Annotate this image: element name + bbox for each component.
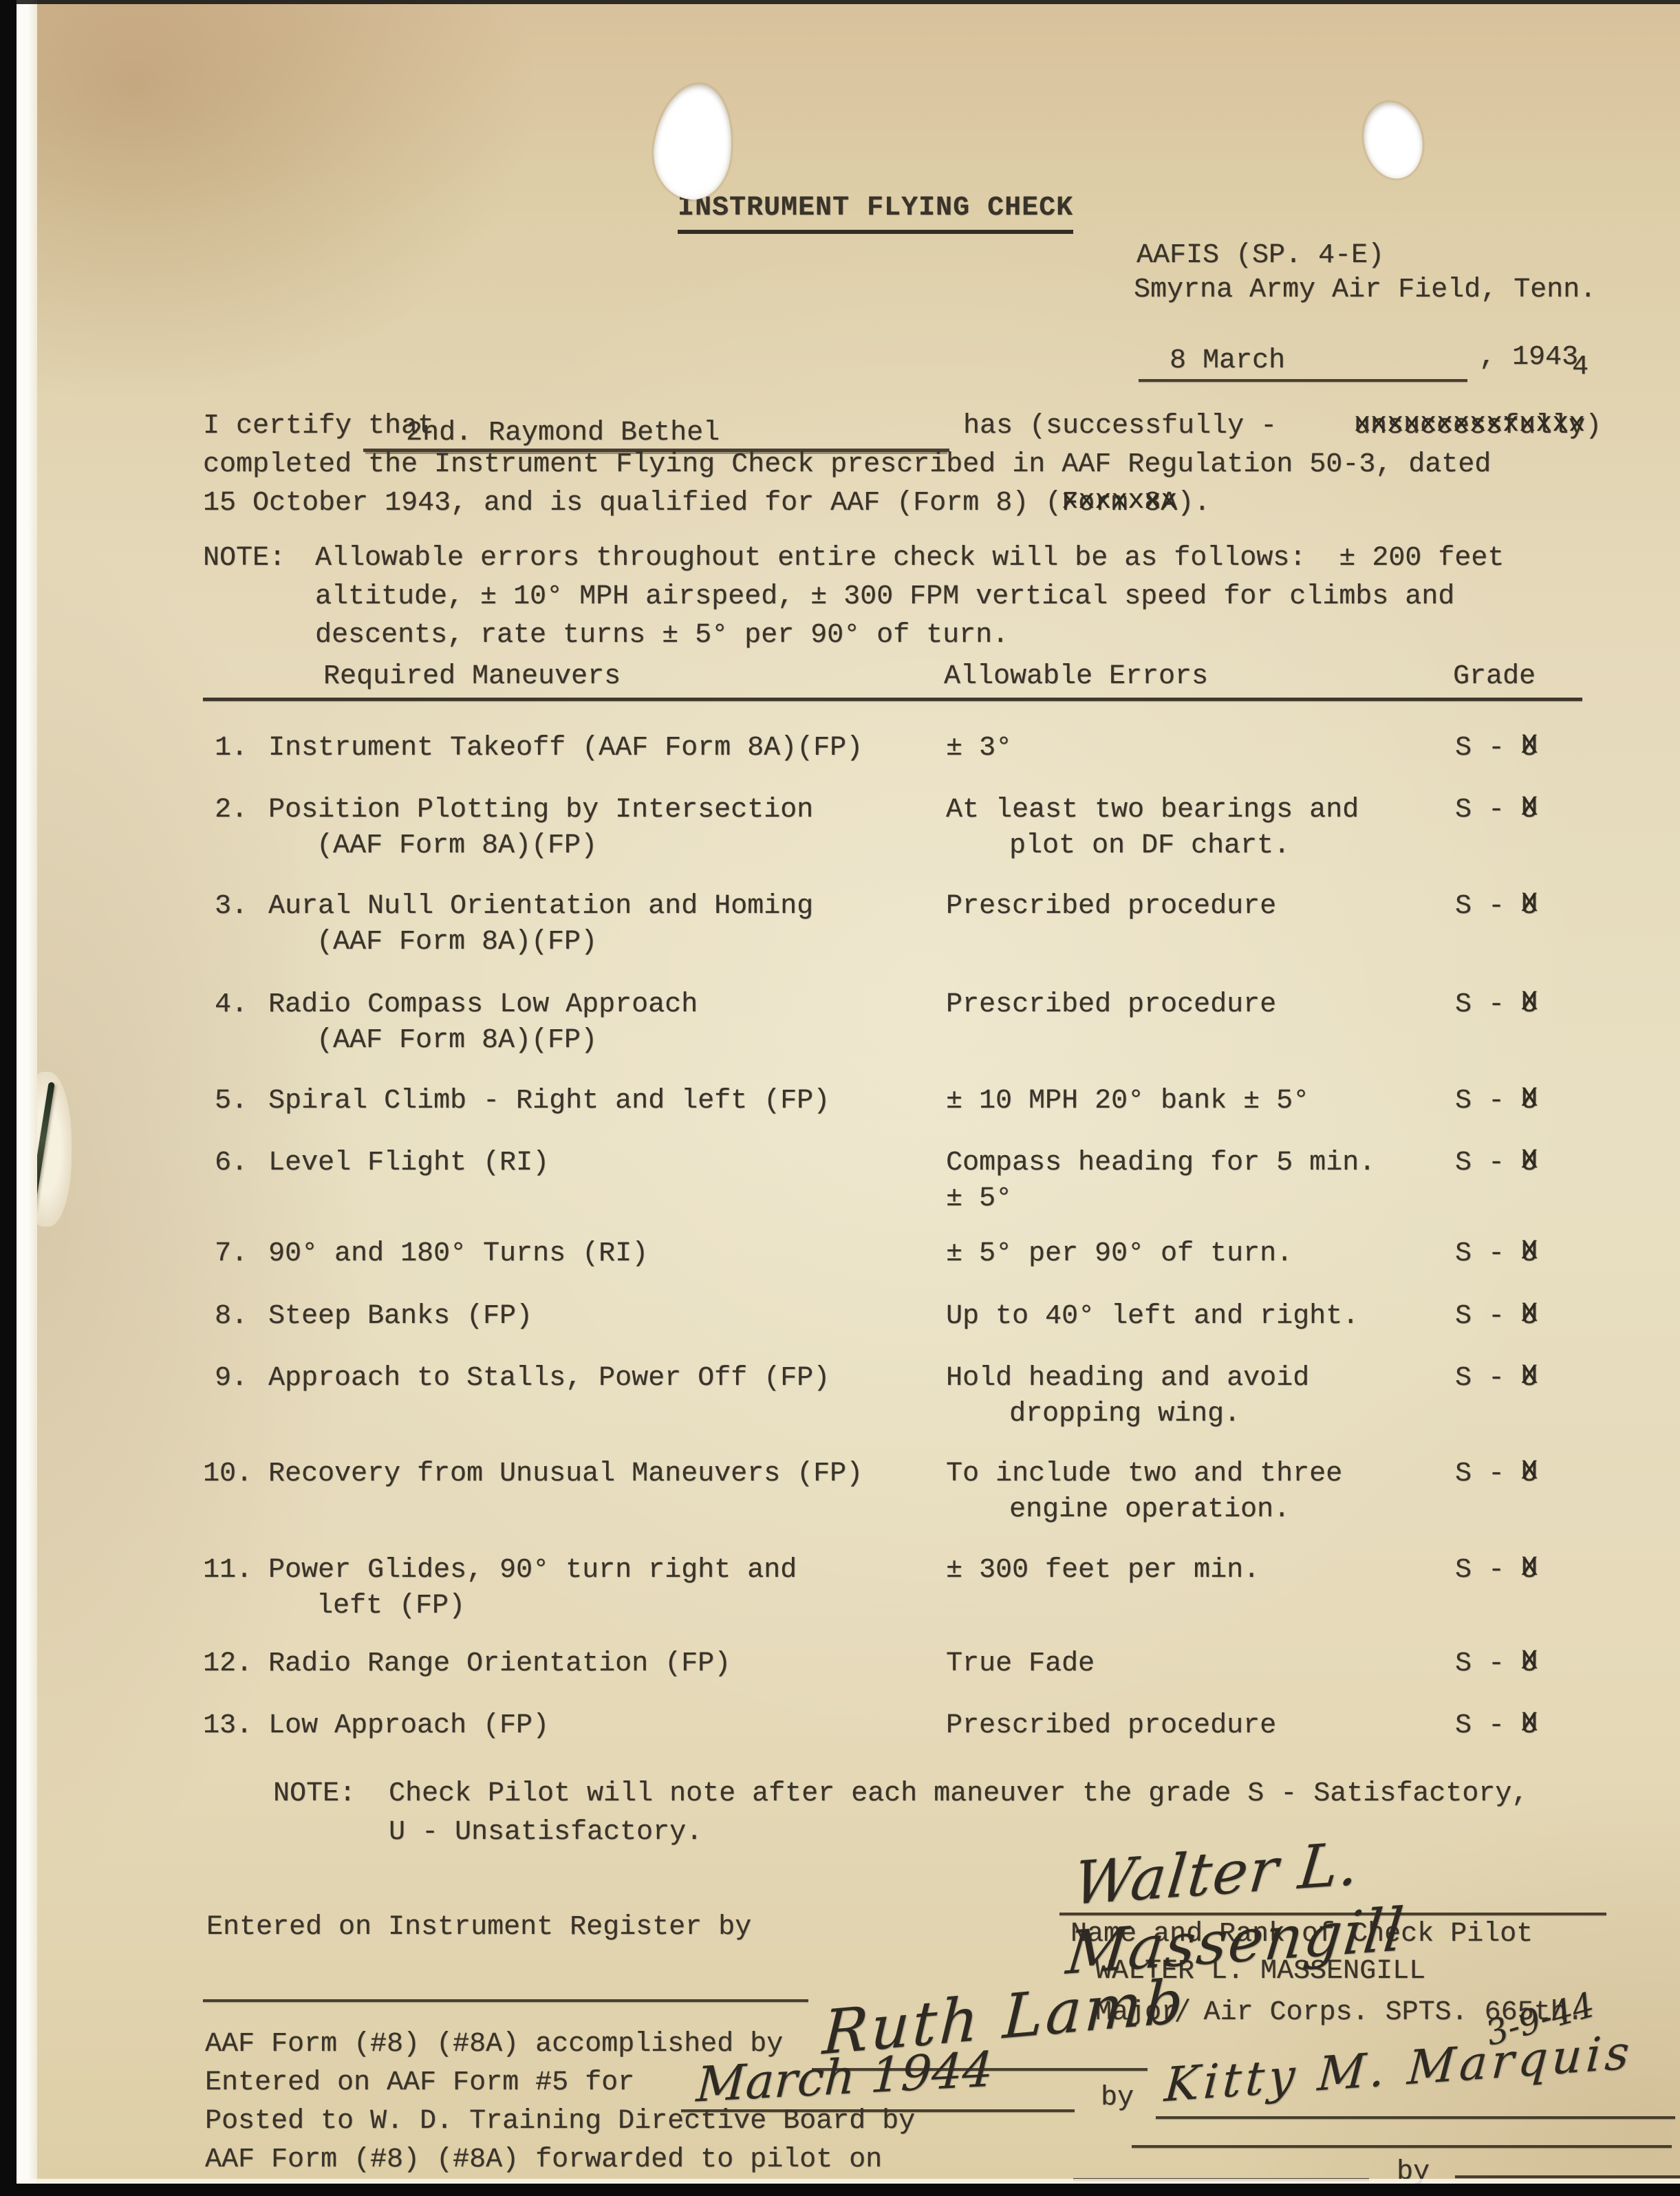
table-row: 7. 90° and 180° Turns (RI) ± 5° per 90° … [203, 1236, 1600, 1272]
table-row: 2. Position Plotting by Intersection(AAF… [203, 793, 1600, 864]
paper-edge-bottom [0, 2179, 1680, 2184]
scanned-document: INSTRUMENT FLYING CHECK AAFIS (SP. 4-E) … [0, 0, 1680, 2196]
certify-line2: completed the Instrument Flying Check pr… [203, 451, 1491, 479]
page-title: INSTRUMENT FLYING CHECK [678, 195, 1073, 222]
year-correction: 4 [1572, 354, 1589, 381]
note-top-line2: altitude, ± 10° MPH airspeed, ± 300 FPM … [315, 583, 1454, 611]
note-top-line3: descents, rate turns ± 5° per 90° of tur… [315, 622, 1009, 649]
date-year: , 19434 [1479, 344, 1595, 372]
col-header-errors: Allowable Errors [944, 663, 1208, 691]
table-row: 10. Recovery from Unusual Maneuvers (FP)… [203, 1456, 1600, 1528]
paper-edge-left [17, 0, 37, 2196]
table-row: 3. Aural Null Orientation and Homing(AAF… [203, 889, 1600, 960]
table-row: 6. Level Flight (RI) Compass heading for… [203, 1145, 1600, 1217]
by-label-1: by [1101, 2085, 1134, 2112]
grade-strikeout: X [1521, 729, 1538, 764]
scan-edge-left [0, 0, 17, 2196]
note-top-line1: Allowable errors throughout entire check… [315, 545, 1504, 572]
form-accomplished-label: AAF Form (#8) (#8A) accomplished by [205, 2031, 783, 2058]
table-row: 12. Radio Range Orientation (FP) True Fa… [203, 1646, 1600, 1682]
blank-line [1156, 2116, 1675, 2119]
certify-line3: 15 October 1943, and is qualified for AA… [203, 490, 1210, 517]
grade-strikeout: X [1521, 1081, 1538, 1117]
note-bottom-line2: U - Unsatisfactory. [389, 1819, 702, 1847]
grade-strikeout: X [1521, 1359, 1538, 1395]
grade-strikeout: X [1521, 1143, 1538, 1179]
grade-strikeout: X [1521, 985, 1538, 1021]
entered-register-label: Entered on Instrument Register by [206, 1914, 751, 1941]
grade-strikeout: X [1521, 1644, 1538, 1680]
col-header-maneuvers: Required Maneuvers [323, 663, 621, 691]
pilot-name: 2nd. Raymond Bethel [363, 420, 949, 452]
blank-line [203, 1999, 808, 2002]
forwarded-label: AAF Form (#8) (#8A) forwarded to pilot o… [205, 2146, 882, 2174]
grade-strikeout: X [1521, 887, 1538, 923]
table-row: 4. Radio Compass Low Approach(AAF Form 8… [203, 987, 1600, 1059]
org-line2: Smyrna Army Air Field, Tenn. [1134, 277, 1596, 304]
date-underline [1139, 379, 1467, 382]
grade-strikeout: X [1521, 790, 1538, 826]
scan-edge-bottom [0, 2184, 1680, 2196]
certify-mid: has (successfully - [963, 413, 1277, 440]
grade-strikeout: X [1521, 1551, 1538, 1586]
posted-label: Posted to W. D. Training Directive Board… [205, 2108, 915, 2135]
entered-form5-label: Entered on AAF Form #5 for [205, 2069, 634, 2097]
blank-line [1455, 2175, 1680, 2178]
grade-strikeout: X [1521, 1706, 1538, 1742]
table-row: 9. Approach to Stalls, Power Off (FP) Ho… [203, 1361, 1600, 1432]
table-row: 11. Power Glides, 90° turn right andleft… [203, 1553, 1600, 1624]
blank-line [1132, 2145, 1672, 2148]
note-bottom-line1: Check Pilot will note after each maneuve… [389, 1780, 1528, 1808]
scan-edge-top [0, 0, 1680, 4]
grade-strikeout: X [1521, 1234, 1538, 1270]
date-value: 8 March [1170, 347, 1285, 375]
certify-struck-word: unsuccessfullyxxxxxxxxxxxxxx) [1354, 413, 1602, 440]
table-row: 13. Low Approach (FP) Prescribed procedu… [203, 1708, 1600, 1744]
table-row: 5. Spiral Climb - Right and left (FP) ± … [203, 1084, 1600, 1119]
note-bottom-label: NOTE: [273, 1780, 356, 1808]
org-line1: AAFIS (SP. 4-E) [1137, 242, 1384, 270]
table-row: 1. Instrument Takeoff (AAF Form 8A)(FP) … [203, 731, 1600, 766]
table-row: 8. Steep Banks (FP) Up to 40° left and r… [203, 1299, 1600, 1335]
strikeout-xs: xxxxxxxxxxxxxx [1354, 411, 1585, 438]
note-top-label: NOTE: [203, 545, 286, 572]
pilot-name-blank: 2nd. Raymond Bethel [363, 411, 949, 444]
grade-strikeout: X [1521, 1454, 1538, 1490]
grade-strikeout: X [1521, 1297, 1538, 1333]
table-header-rule [203, 698, 1582, 701]
col-header-grade: Grade [1453, 663, 1536, 691]
strikeout-xs: xxxxxxx [1062, 488, 1177, 515]
